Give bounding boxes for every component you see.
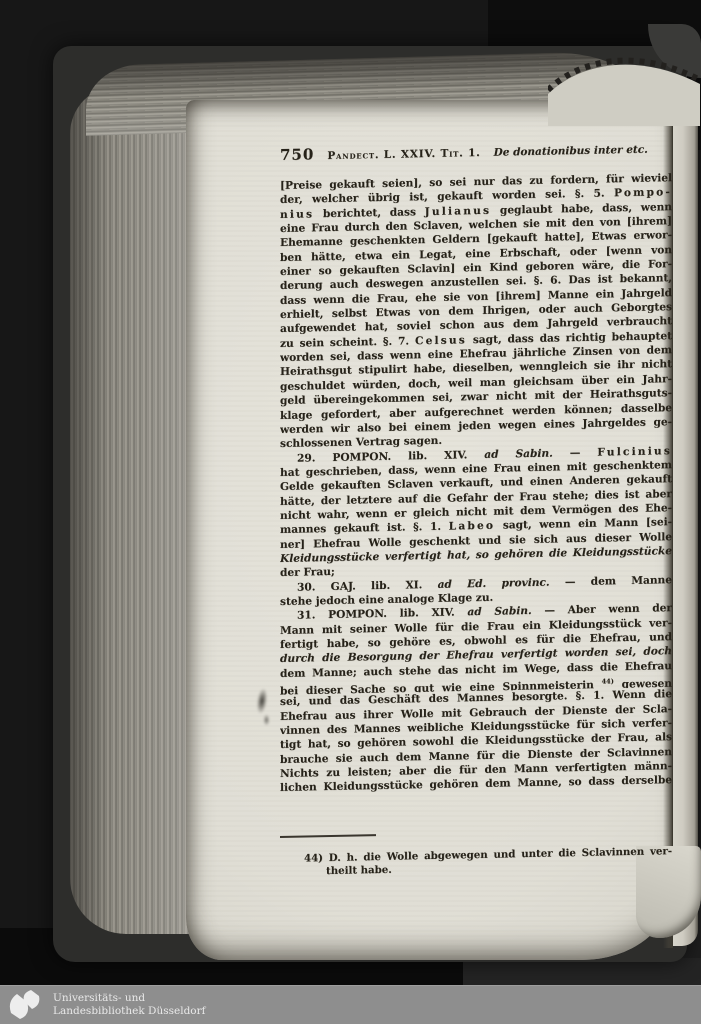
page-text: 750 Pandect. L. XXIV. Tit. 1. De donatio… — [280, 138, 672, 880]
body-text: [Preise gekauft seien], so sei nur das z… — [280, 171, 672, 796]
library-name: Universitäts- und Landesbibliothek Düsse… — [53, 992, 206, 1018]
facing-page-edge — [673, 88, 698, 946]
page-number: 750 — [280, 145, 314, 164]
page-edges-left — [70, 86, 194, 934]
library-watermark: Universitäts- und Landesbibliothek Düsse… — [0, 985, 701, 1024]
library-name-line1: Universitäts- und — [53, 992, 206, 1005]
footnote-rule — [280, 834, 376, 838]
library-logo-icon — [5, 989, 41, 1021]
ink-smudge-small — [262, 712, 271, 728]
footnote: 44) D. h. die Wolle abgewegen und unter … — [280, 828, 672, 880]
scanned-book-photo: 750 Pandect. L. XXIV. Tit. 1. De donatio… — [0, 0, 701, 1024]
running-title: Pandect. L. XXIV. Tit. 1. — [327, 147, 480, 162]
background-strip-bottom — [463, 958, 701, 985]
library-name-line2: Landesbibliothek Düsseldorf — [53, 1005, 206, 1018]
binding-stitch-icon — [548, 34, 701, 126]
running-title-latin: De donationibus inter etc. — [494, 144, 648, 159]
